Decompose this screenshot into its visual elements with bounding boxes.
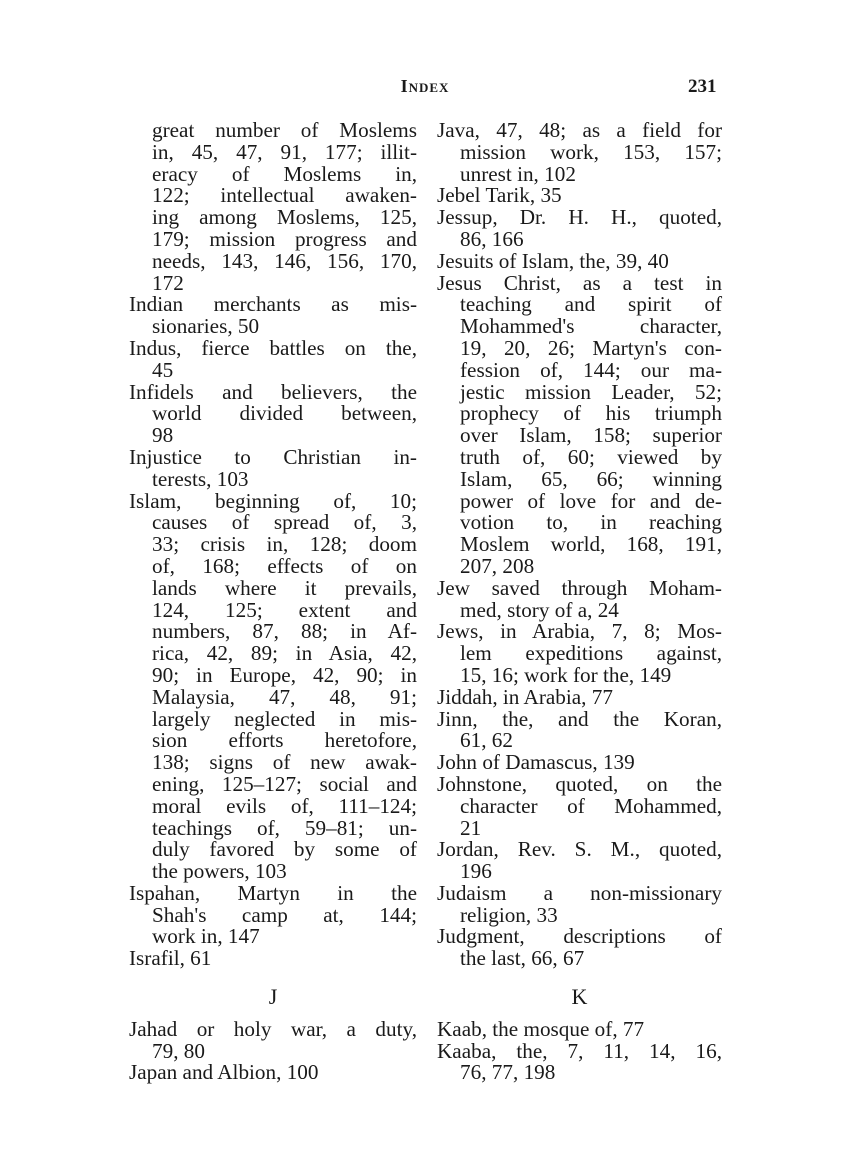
- index-entry: Jews, in Arabia, 7, 8; Mos-lem expeditio…: [437, 621, 722, 686]
- index-entry-line: Jordan, Rev. S. M., quoted,: [437, 839, 722, 861]
- index-entry-line: Kaaba, the, 7, 11, 14, 16,: [437, 1041, 722, 1063]
- index-entry-line: religion, 33: [460, 905, 722, 927]
- index-entry-line: unrest in, 102: [460, 164, 722, 186]
- index-entry-line: eracy of Moslems in,: [152, 164, 417, 186]
- index-entry-line: Israfil, 61: [129, 948, 417, 970]
- index-entry-line: med, story of a, 24: [460, 600, 722, 622]
- index-entry-line: 15, 16; work for the, 149: [460, 665, 722, 687]
- index-entry-line: 86, 166: [460, 229, 722, 251]
- index-entry-line: duly favored by some of: [152, 839, 417, 861]
- index-entry-line: 21: [460, 818, 722, 840]
- index-entry-line: moral evils of, 111–124;: [152, 796, 417, 818]
- entries: great number of Moslemsin, 45, 47, 91, 1…: [129, 120, 417, 970]
- index-entry-line: Japan and Albion, 100: [129, 1062, 417, 1084]
- index-entry: Kaab, the mosque of, 77: [437, 1019, 722, 1041]
- index-entry-line: Judaism a non-missionary: [437, 883, 722, 905]
- section-letter-j: J: [129, 986, 417, 1008]
- index-entry-line: Jesus Christ, as a test in: [437, 273, 722, 295]
- index-entry: Japan and Albion, 100: [129, 1062, 417, 1084]
- index-entry-line: Java, 47, 48; as a field for: [437, 120, 722, 142]
- index-entry-line: Mohammed's character,: [460, 316, 722, 338]
- index-entry-line: 172: [152, 273, 417, 295]
- index-entry-line: over Islam, 158; superior: [460, 425, 722, 447]
- index-entry-line: ing among Moslems, 125,: [152, 207, 417, 229]
- section-letter-k: K: [437, 986, 722, 1008]
- index-entry-line: Judgment, descriptions of: [437, 926, 722, 948]
- index-entry-line: 122; intellectual awaken-: [152, 185, 417, 207]
- index-entry-line: Kaab, the mosque of, 77: [437, 1019, 722, 1041]
- index-entry-line: Jiddah, in Arabia, 77: [437, 687, 722, 709]
- index-entry-line: in, 45, 47, 91, 177; illit-: [152, 142, 417, 164]
- index-entry-line: lem expeditions against,: [460, 643, 722, 665]
- index-entry-line: world divided between,: [152, 403, 417, 425]
- entries: Java, 47, 48; as a field formission work…: [437, 120, 722, 970]
- index-entry-line: prophecy of his triumph: [460, 403, 722, 425]
- page-header-title: Index: [0, 76, 850, 97]
- index-column-right: Java, 47, 48; as a field formission work…: [437, 120, 722, 1084]
- index-entry-line: 76, 77, 198: [460, 1062, 722, 1084]
- index-entry-line: Islam, beginning of, 10;: [129, 491, 417, 513]
- index-entry: Injustice to Christian in-terests, 103: [129, 447, 417, 491]
- index-entry-line: Jahad or holy war, a duty,: [129, 1019, 417, 1041]
- index-entry: Jinn, the, and the Koran,61, 62: [437, 709, 722, 753]
- index-entry-line: 207, 208: [460, 556, 722, 578]
- index-entry-line: 61, 62: [460, 730, 722, 752]
- index-entry-line: numbers, 87, 88; in Af-: [152, 621, 417, 643]
- index-entry: Judgment, descriptions ofthe last, 66, 6…: [437, 926, 722, 970]
- index-entry: Jiddah, in Arabia, 77: [437, 687, 722, 709]
- index-entry-line: Jesuits of Islam, the, 39, 40: [437, 251, 722, 273]
- index-entry-line: 33; crisis in, 128; doom: [152, 534, 417, 556]
- index-entry-line: Ispahan, Martyn in the: [129, 883, 417, 905]
- index-entry-line: 196: [460, 861, 722, 883]
- index-entry-line: sion efforts heretofore,: [152, 730, 417, 752]
- index-entry: Indian merchants as mis-sionaries, 50: [129, 294, 417, 338]
- index-entry: Johnstone, quoted, on thecharacter of Mo…: [437, 774, 722, 839]
- index-entry: Jahad or holy war, a duty,79, 80: [129, 1019, 417, 1063]
- index-entry-line: the last, 66, 67: [460, 948, 722, 970]
- index-entry: Islam, beginning of, 10;causes of spread…: [129, 491, 417, 883]
- index-entry-line: ening, 125–127; social and: [152, 774, 417, 796]
- index-entry-line: 124, 125; extent and: [152, 600, 417, 622]
- index-entry-line: Johnstone, quoted, on the: [437, 774, 722, 796]
- index-entry-line: of, 168; effects of on: [152, 556, 417, 578]
- index-entry-line: 79, 80: [152, 1041, 417, 1063]
- index-entry: Ispahan, Martyn in theShah's camp at, 14…: [129, 883, 417, 948]
- index-entry-line: Jessup, Dr. H. H., quoted,: [437, 207, 722, 229]
- index-entry: John of Damascus, 139: [437, 752, 722, 774]
- index-entry-line: truth of, 60; viewed by: [460, 447, 722, 469]
- index-entry-line: rica, 42, 89; in Asia, 42,: [152, 643, 417, 665]
- index-entry-line: needs, 143, 146, 156, 170,: [152, 251, 417, 273]
- index-entry-line: 179; mission progress and: [152, 229, 417, 251]
- index-entry-line: 45: [152, 360, 417, 382]
- index-entry-line: John of Damascus, 139: [437, 752, 722, 774]
- index-column-left: great number of Moslemsin, 45, 47, 91, 1…: [129, 120, 417, 1084]
- index-entry-line: terests, 103: [152, 469, 417, 491]
- index-entry: Java, 47, 48; as a field formission work…: [437, 120, 722, 185]
- index-entry-line: fession of, 144; our ma-: [460, 360, 722, 382]
- index-entry-line: jestic mission Leader, 52;: [460, 382, 722, 404]
- index-entry-line: largely neglected in mis-: [152, 709, 417, 731]
- index-entry-line: Indus, fierce battles on the,: [129, 338, 417, 360]
- index-entry-line: sionaries, 50: [152, 316, 417, 338]
- index-entry: Kaaba, the, 7, 11, 14, 16,76, 77, 198: [437, 1041, 722, 1085]
- index-entry: Jesuits of Islam, the, 39, 40: [437, 251, 722, 273]
- index-entry: Indus, fierce battles on the,45: [129, 338, 417, 382]
- index-entry-line: Moslem world, 168, 191,: [460, 534, 722, 556]
- index-entry-line: teachings of, 59–81; un-: [152, 818, 417, 840]
- index-entry-line: Injustice to Christian in-: [129, 447, 417, 469]
- index-entry: Jebel Tarik, 35: [437, 185, 722, 207]
- index-entry: Judaism a non-missionaryreligion, 33: [437, 883, 722, 927]
- section-entries: Kaab, the mosque of, 77Kaaba, the, 7, 11…: [437, 1019, 722, 1084]
- index-entry-line: 19, 20, 26; Martyn's con-: [460, 338, 722, 360]
- index-entry-line: 90; in Europe, 42, 90; in: [152, 665, 417, 687]
- index-entry: great number of Moslemsin, 45, 47, 91, 1…: [129, 120, 417, 294]
- index-entry-line: Jews, in Arabia, 7, 8; Mos-: [437, 621, 722, 643]
- index-entry-line: teaching and spirit of: [460, 294, 722, 316]
- index-entry-line: votion to, in reaching: [460, 512, 722, 534]
- index-entry-line: character of Mohammed,: [460, 796, 722, 818]
- index-entry-line: Jebel Tarik, 35: [437, 185, 722, 207]
- index-entry-line: Indian merchants as mis-: [129, 294, 417, 316]
- index-entry: Jew saved through Moham-med, story of a,…: [437, 578, 722, 622]
- index-entry-line: Jew saved through Moham-: [437, 578, 722, 600]
- index-entry-line: mission work, 153, 157;: [460, 142, 722, 164]
- index-entry-line: Islam, 65, 66; winning: [460, 469, 722, 491]
- section-entries: Jahad or holy war, a duty,79, 80Japan an…: [129, 1019, 417, 1084]
- index-entry-line: 138; signs of new awak-: [152, 752, 417, 774]
- index-entry-line: Infidels and believers, the: [129, 382, 417, 404]
- index-entry-line: Shah's camp at, 144;: [152, 905, 417, 927]
- index-entry-line: great number of Moslems: [152, 120, 417, 142]
- index-entry-line: 98: [152, 425, 417, 447]
- index-entry: Jessup, Dr. H. H., quoted,86, 166: [437, 207, 722, 251]
- index-entry: Jesus Christ, as a test inteaching and s…: [437, 273, 722, 578]
- index-entry-line: lands where it prevails,: [152, 578, 417, 600]
- index-entry-line: Malaysia, 47, 48, 91;: [152, 687, 417, 709]
- index-entry: Infidels and believers, theworld divided…: [129, 382, 417, 447]
- index-entry-line: work in, 147: [152, 926, 417, 948]
- index-entry: Jordan, Rev. S. M., quoted,196: [437, 839, 722, 883]
- index-entry-line: causes of spread of, 3,: [152, 512, 417, 534]
- index-entry-line: the powers, 103: [152, 861, 417, 883]
- index-entry-line: power of love for and de-: [460, 491, 722, 513]
- page-number: 231: [688, 76, 717, 98]
- index-entry: Israfil, 61: [129, 948, 417, 970]
- index-entry-line: Jinn, the, and the Koran,: [437, 709, 722, 731]
